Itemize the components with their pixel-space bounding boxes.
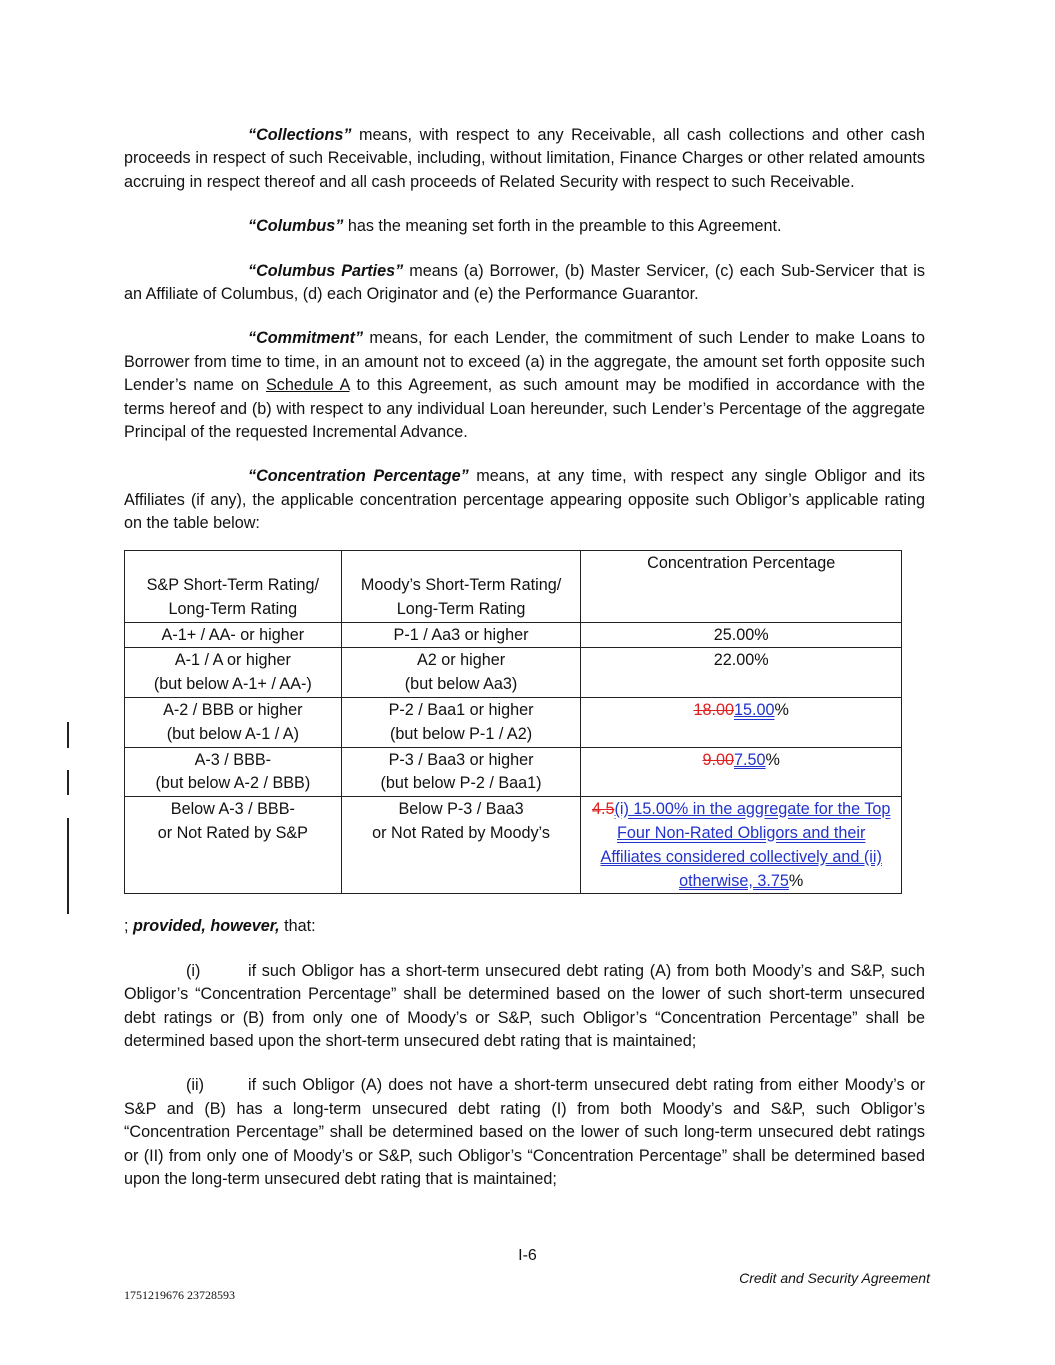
definition-commitment: “Commitment” means, for each Lender, the… [124, 327, 925, 444]
sp-rating-cell: A-1 / A or higher(but below A-1+ / AA-) [125, 648, 342, 698]
table-row: A-1 / A or higher(but below A-1+ / AA-)A… [125, 648, 902, 698]
sp-rating-cell: A-1+ / AA- or higher [125, 622, 342, 648]
table-row: A-1+ / AA- or higherP-1 / Aa3 or higher2… [125, 622, 902, 648]
moodys-rating-cell: P-3 / Baa3 or higher(but below P-2 / Baa… [341, 747, 581, 797]
deleted-text: 9.00 [702, 751, 734, 769]
moodys-rating-cell: P-2 / Baa1 or higher(but below P-1 / A2) [341, 698, 581, 748]
sp-rating-cell: A-3 / BBB-(but below A-2 / BBB) [125, 747, 342, 797]
proviso-item: (ii)if such Obligor (A) does not have a … [124, 1074, 925, 1191]
percentage-cell: 22.00% [581, 648, 902, 698]
proviso: ; provided, however, that: [124, 915, 925, 938]
definition-columbus: “Columbus” has the meaning set forth in … [124, 215, 925, 238]
definition-concentration-percentage: “Concentration Percentage” means, at any… [124, 465, 925, 535]
change-bar [67, 818, 69, 914]
table-row: A-2 / BBB or higher(but below A-1 / A)P-… [125, 698, 902, 748]
percentage-cell: 9.007.50% [581, 747, 902, 797]
inserted-text: (i) 15.00% in the aggregate for the Top … [601, 800, 891, 889]
percentage-cell: 18.0015.00% [581, 698, 902, 748]
sp-rating-cell: A-2 / BBB or higher(but below A-1 / A) [125, 698, 342, 748]
proviso-item: (i)if such Obligor has a short-term unse… [124, 960, 925, 1054]
inserted-text: 15.00 [734, 701, 775, 719]
concentration-table: S&P Short-Term Rating/ Long-Term Rating … [124, 550, 902, 895]
item-number: (i) [186, 960, 248, 983]
moodys-rating-cell: A2 or higher(but below Aa3) [341, 648, 581, 698]
inserted-text: 7.50 [734, 751, 766, 769]
percentage-cell: 4.5(i) 15.00% in the aggregate for the T… [581, 797, 902, 894]
table-row: A-3 / BBB-(but below A-2 / BBB)P-3 / Baa… [125, 747, 902, 797]
document-title: Credit and Security Agreement [739, 1270, 930, 1286]
header-moodys: Moody’s Short-Term Rating/ Long-Term Rat… [341, 550, 581, 622]
change-bar [67, 770, 69, 795]
percentage-cell: 25.00% [581, 622, 902, 648]
table-row: Below A-3 / BBB-or Not Rated by S&PBelow… [125, 797, 902, 894]
table-header-row: S&P Short-Term Rating/ Long-Term Rating … [125, 550, 902, 622]
page-number: I-6 [0, 1247, 1055, 1265]
document-page: “Collections” means, with respect to any… [124, 124, 925, 1192]
change-bar [67, 722, 69, 748]
header-sp: S&P Short-Term Rating/ Long-Term Rating [125, 550, 342, 622]
header-percentage: Concentration Percentage [581, 550, 902, 622]
sp-rating-cell: Below A-3 / BBB-or Not Rated by S&P [125, 797, 342, 894]
moodys-rating-cell: P-1 / Aa3 or higher [341, 622, 581, 648]
definition-columbus-parties: “Columbus Parties” means (a) Borrower, (… [124, 260, 925, 307]
deleted-text: 18.00 [693, 701, 734, 719]
deleted-text: 4.5 [592, 800, 615, 818]
definition-collections: “Collections” means, with respect to any… [124, 124, 925, 194]
schedule-a-link: Schedule A [266, 376, 350, 394]
document-id: 1751219676 23728593 [124, 1288, 235, 1303]
moodys-rating-cell: Below P-3 / Baa3or Not Rated by Moody’s [341, 797, 581, 894]
item-number: (ii) [186, 1074, 248, 1097]
